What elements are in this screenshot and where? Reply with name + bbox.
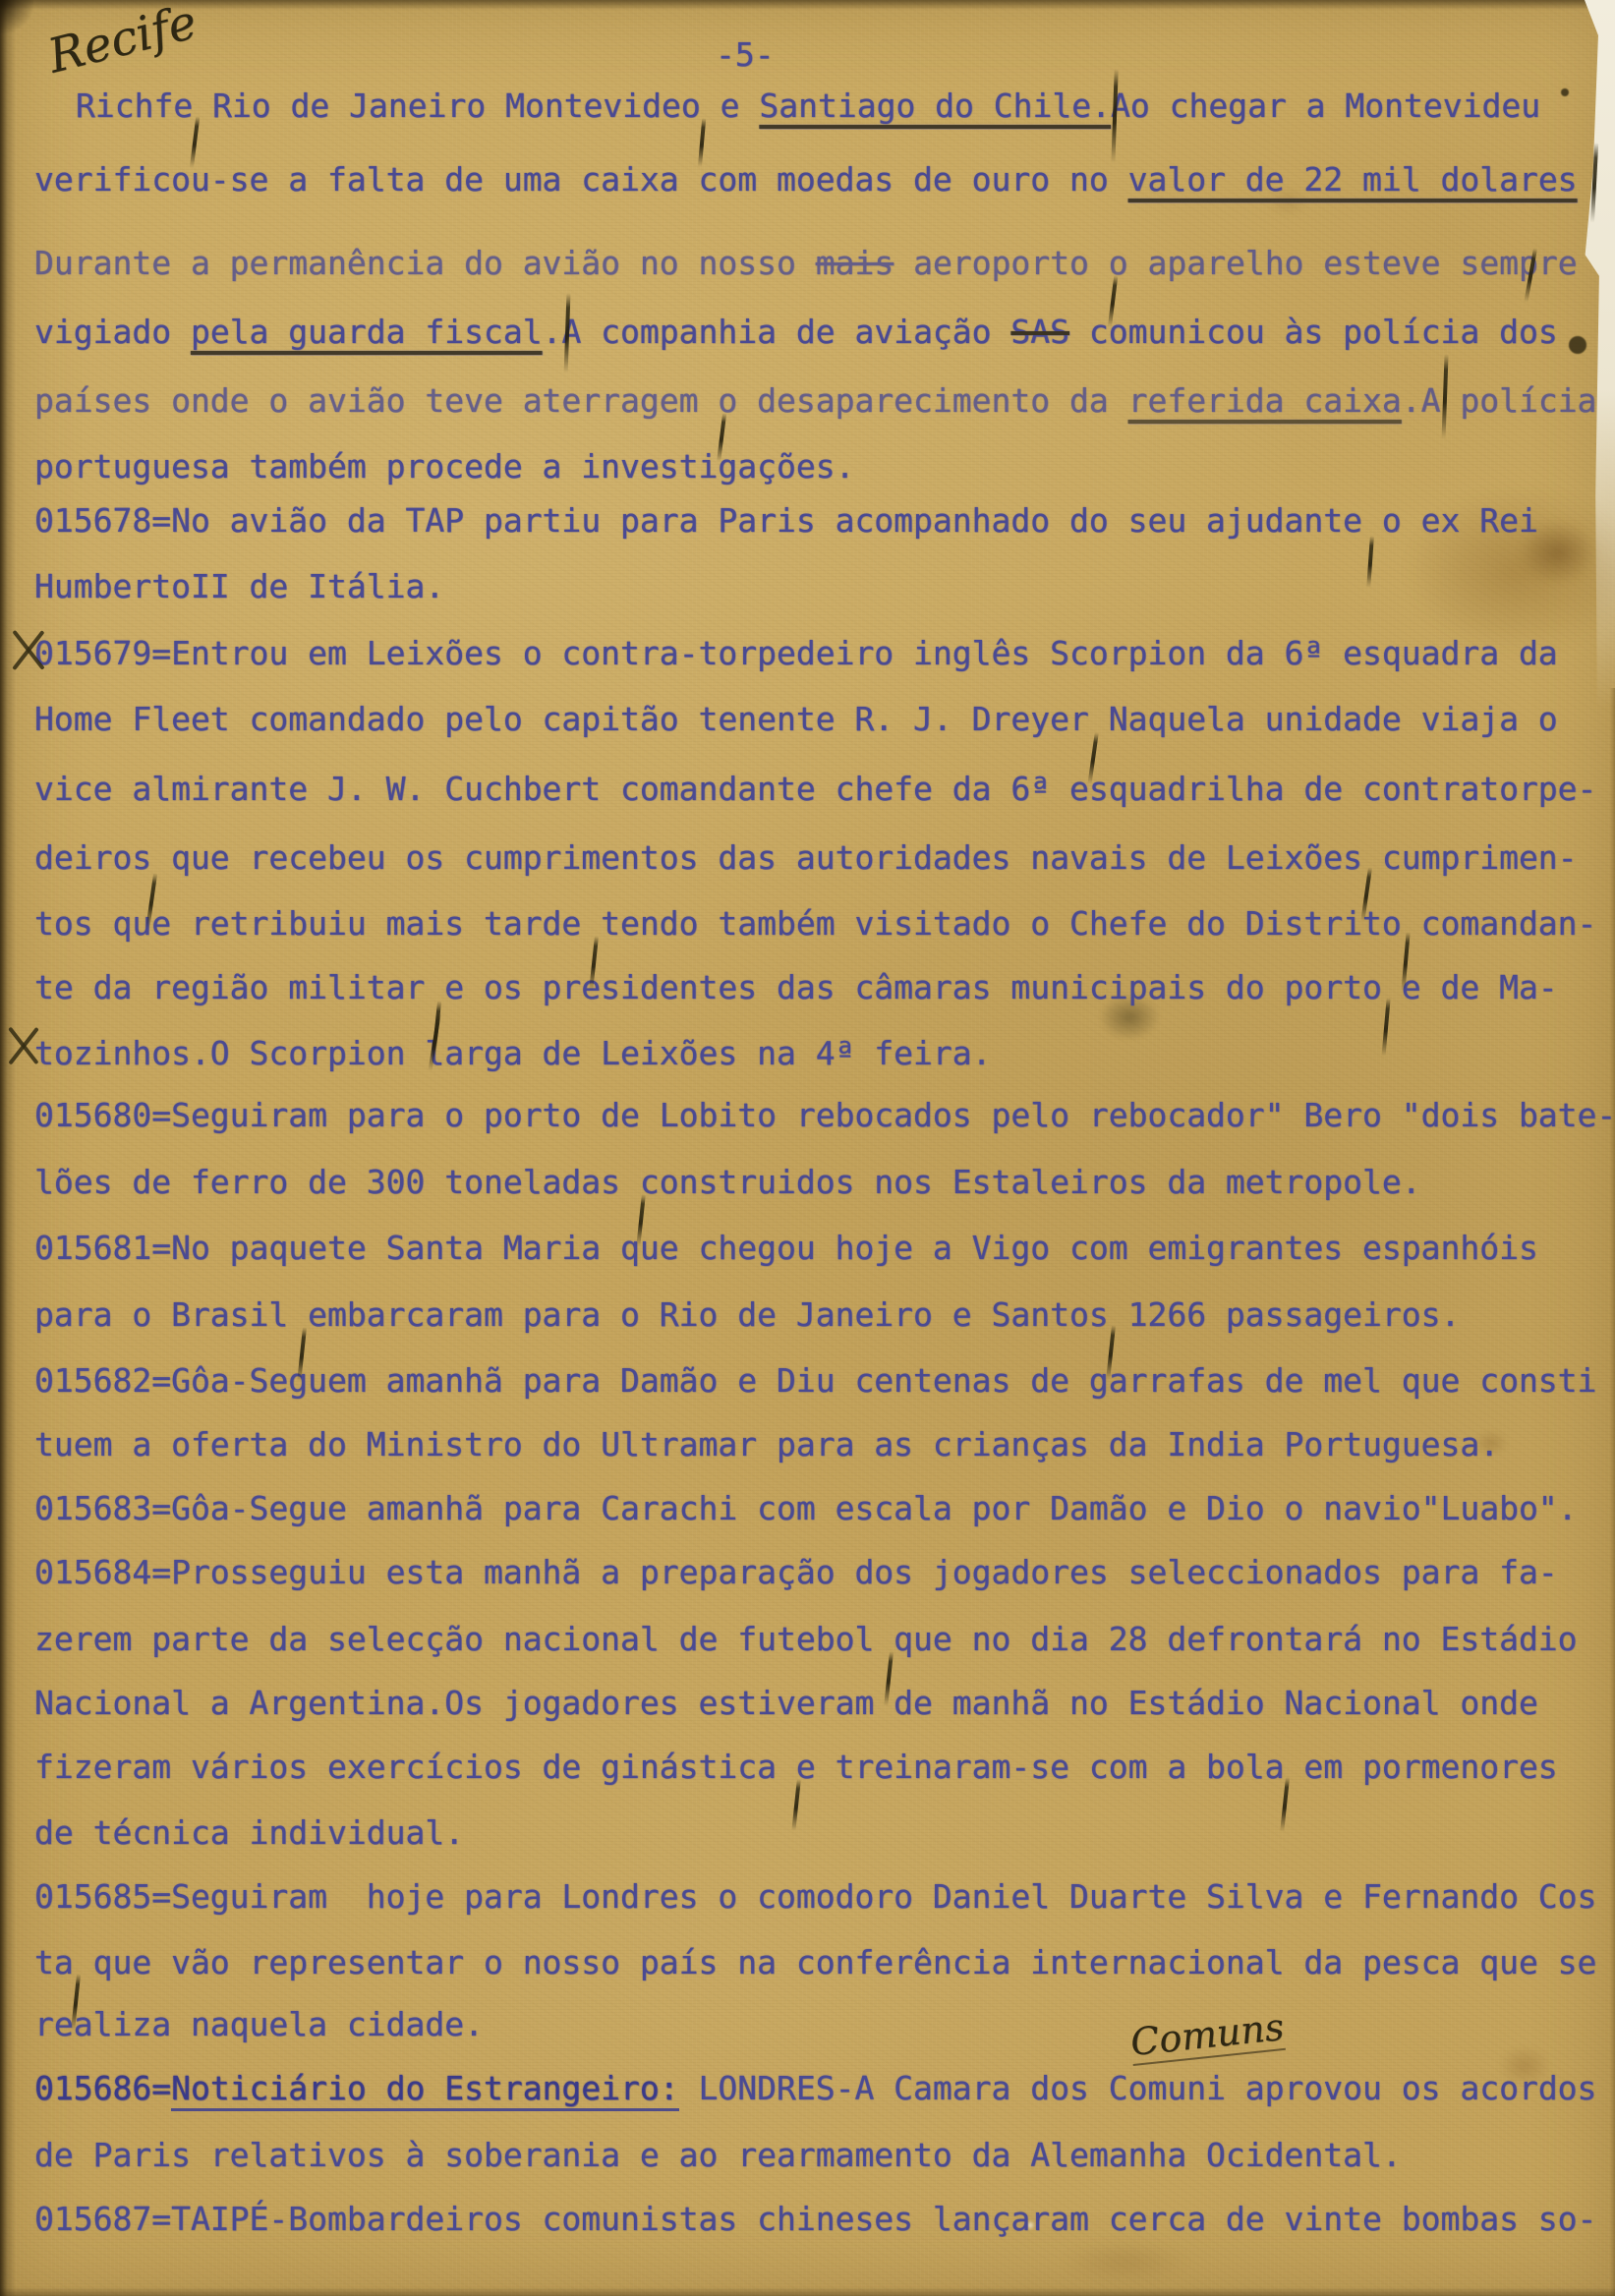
typed-line-31: 015686=Noticiário do Estrangeiro: LONDRE… [34, 2069, 1596, 2108]
typed-segment: de técnica individual. [34, 1813, 464, 1852]
paper-edge-right [1610, 688, 1615, 2296]
paper-corner-dark [0, 0, 33, 33]
ink-blot [1569, 336, 1586, 354]
typed-line-27: de técnica individual. [34, 1813, 464, 1853]
typed-line-24: zerem parte da selecção nacional de fute… [34, 1620, 1578, 1659]
typed-segment: de Paris relativos à soberania e ao rear… [34, 2136, 1402, 2174]
typed-segment: Nacional a Argentina.Os jogadores estive… [34, 1684, 1538, 1722]
typed-line-1: Richfe Rio de Janeiro Montevideo e Santi… [76, 86, 1540, 126]
typed-line-23: 015684=Prosseguiu esta manhã a preparaçã… [34, 1553, 1558, 1592]
typed-segment: 015685=Seguiram hoje para Londres o como… [34, 1877, 1596, 1916]
typed-segment: .A polícia [1402, 381, 1597, 420]
typed-line-21: tuem a oferta do Ministro do Ultramar pa… [34, 1425, 1499, 1464]
typed-line-17: lões de ferro de 300 toneladas construid… [34, 1163, 1421, 1202]
typed-line-2: verificou-se a falta de uma caixa com mo… [34, 160, 1578, 200]
typed-line-29: ta que vão representar o nosso país na c… [34, 1943, 1596, 1982]
typed-segment: valor de 22 mil dolares [1128, 160, 1578, 199]
typed-line-5: países onde o avião teve aterragem o des… [34, 381, 1596, 421]
typed-segment: Durante a permanência do avião no nosso [34, 244, 816, 282]
typed-segment: Richfe Rio de Janeiro Montevideo e [76, 86, 759, 125]
page-number: -5- [716, 35, 775, 75]
typed-segment: lões de ferro de 300 toneladas construid… [34, 1163, 1421, 1201]
typed-segment: aeroporto o aparelho esteve sempre [894, 244, 1577, 282]
typed-segment: tozinhos.O Scorpion larga de Leixões na … [34, 1034, 992, 1072]
typed-line-8: HumbertoII de Itália. [34, 567, 444, 606]
paper-edge-bottom [0, 2287, 1615, 2296]
typed-segment: 015681=No paquete Santa Maria que chegou… [34, 1229, 1538, 1267]
pen-stroke [791, 1779, 800, 1833]
pen-stroke [1366, 536, 1373, 590]
typed-segment: te da região militar e os presidentes da… [34, 968, 1558, 1006]
typed-line-6: portuguesa também procede a investigaçõe… [34, 447, 854, 487]
typed-line-14: te da região militar e os presidentes da… [34, 968, 1558, 1007]
typed-segment: países onde o avião teve aterragem o des… [34, 381, 1128, 420]
typed-segment: para o Brasil embarcaram para o Rio de J… [34, 1295, 1460, 1334]
paper-edge-top [0, 0, 1615, 10]
typed-segment: mais [816, 244, 894, 282]
typed-segment: vigiado [34, 313, 191, 351]
typed-line-25: Nacional a Argentina.Os jogadores estive… [34, 1684, 1538, 1723]
typed-segment: portuguesa também procede a investigaçõe… [34, 447, 854, 486]
paper-edge-left [0, 0, 16, 2296]
typed-line-32: de Paris relativos à soberania e ao rear… [34, 2136, 1402, 2175]
typed-segment: pela guarda fiscal [191, 313, 543, 351]
typed-segment: 015686= [34, 2069, 171, 2107]
typed-segment: HumbertoII de Itália. [34, 567, 444, 605]
paper-stain [1062, 2241, 1189, 2282]
typed-line-4: vigiado pela guarda fiscal.A companhia d… [34, 313, 1558, 352]
handwritten-recife: Recife [42, 0, 202, 85]
typed-segment: referida caixa [1128, 381, 1402, 420]
typed-line-10: Home Fleet comandado pelo capitão tenent… [34, 700, 1558, 739]
typed-segment: LONDRES-A Camara dos Comuni aprovou os a… [679, 2069, 1597, 2107]
typed-line-9: 015679=Entrou em Leixões o contra-torped… [34, 634, 1558, 673]
typed-segment: realiza naquela cidade. [34, 2005, 484, 2043]
document-page: -5- Richfe Rio de Janeiro Montevideo e S… [0, 0, 1615, 2296]
typed-segment: 015687=TAIPÉ-Bombardeiros comunistas chi… [34, 2200, 1596, 2238]
typed-segment: 015682=Gôa-Seguem amanhã para Damão e Di… [34, 1361, 1596, 1400]
typed-segment: 015683=Gôa-Segue amanhã para Carachi com… [34, 1489, 1578, 1527]
typed-segment: tuem a oferta do Ministro do Ultramar pa… [34, 1425, 1499, 1464]
typed-line-19: para o Brasil embarcaram para o Rio de J… [34, 1295, 1460, 1335]
typed-segment: 015678=No avião da TAP partiu para Paris… [34, 501, 1538, 540]
typed-segment: ta que vão representar o nosso país na c… [34, 1943, 1596, 1981]
typed-segment: zerem parte da selecção nacional de fute… [34, 1620, 1578, 1658]
typed-segment: Ao chegar a Montevideu [1111, 86, 1540, 125]
typed-line-16: 015680=Seguiram para o porto de Lobito r… [34, 1096, 1615, 1135]
typed-segment: 015684=Prosseguiu esta manhã a preparaçã… [34, 1553, 1558, 1591]
typed-segment: Home Fleet comandado pelo capitão tenent… [34, 700, 1558, 738]
typed-segment: vice almirante J. W. Cuchbert comandante… [34, 770, 1596, 808]
typed-segment: 015679=Entrou em Leixões o contra-torped… [34, 634, 1558, 672]
typed-segment: 015680=Seguiram para o porto de Lobito r… [34, 1096, 1615, 1134]
typed-line-33: 015687=TAIPÉ-Bombardeiros comunistas chi… [34, 2200, 1596, 2239]
typed-line-28: 015685=Seguiram hoje para Londres o como… [34, 1877, 1596, 1917]
typed-line-18: 015681=No paquete Santa Maria que chegou… [34, 1229, 1538, 1268]
typed-line-7: 015678=No avião da TAP partiu para Paris… [34, 501, 1538, 541]
typed-line-15: tozinhos.O Scorpion larga de Leixões na … [34, 1034, 992, 1073]
typed-segment: deiros que recebeu os cumprimentos das a… [34, 838, 1578, 877]
typed-line-30: realiza naquela cidade. [34, 2005, 484, 2044]
typed-segment: verificou-se a falta de uma caixa com mo… [34, 160, 1128, 199]
typed-line-22: 015683=Gôa-Segue amanhã para Carachi com… [34, 1489, 1578, 1528]
ink-blot [1561, 88, 1569, 96]
typed-segment: Santiago do Chile. [759, 86, 1111, 125]
typed-segment: Noticiário do Estrangeiro: [171, 2069, 679, 2111]
margin-x-mark [6, 629, 47, 670]
handwritten-comuns: Comuns [1128, 2005, 1286, 2066]
typed-segment: SAS [1010, 313, 1069, 351]
typed-line-11: vice almirante J. W. Cuchbert comandante… [34, 770, 1596, 809]
torn-edge-right [1585, 0, 1615, 708]
typed-line-3: Durante a permanência do avião no nosso … [34, 244, 1578, 283]
typed-line-12: deiros que recebeu os cumprimentos das a… [34, 838, 1578, 878]
margin-x-mark [2, 1026, 41, 1065]
typed-segment: .A companhia de aviação [543, 313, 1011, 351]
typed-line-20: 015682=Gôa-Seguem amanhã para Damão e Di… [34, 1361, 1596, 1401]
typed-segment: comunicou às polícia dos [1069, 313, 1558, 351]
